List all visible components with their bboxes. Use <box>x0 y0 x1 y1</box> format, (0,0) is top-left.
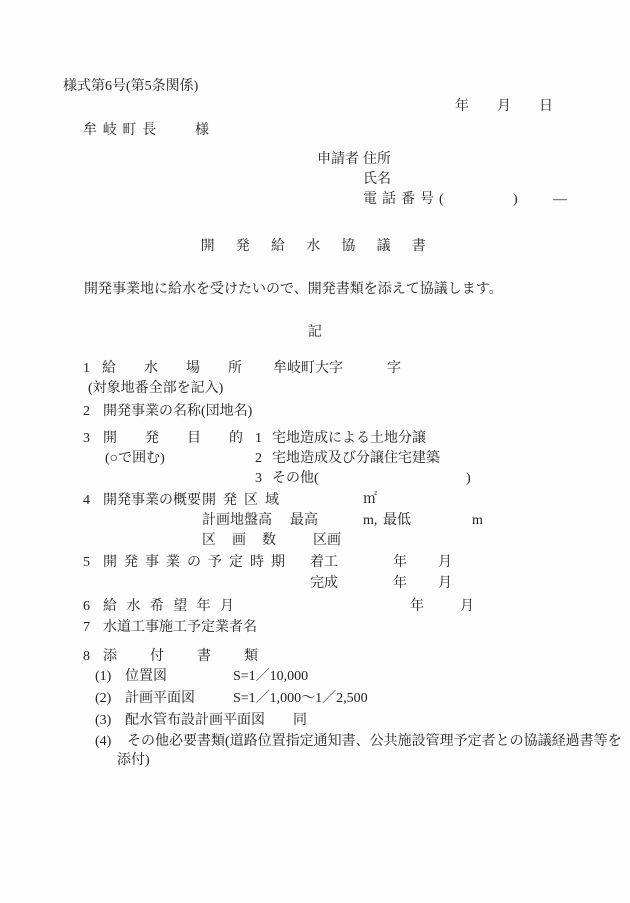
item3-option3-text: その他( <box>272 472 319 486</box>
item8-doc3-name: 配水管布設計画平面図 <box>125 714 265 728</box>
item8-doc1-scale: S=1／10,000 <box>233 670 308 684</box>
item4-lots-label: 区 画 数 <box>202 534 281 548</box>
item3-instruction: (○で囲む) <box>105 452 165 466</box>
item1-number: 1 <box>83 362 90 376</box>
item4-ground-max-label: 最高 <box>290 514 318 528</box>
item4-lots-unit: 区画 <box>313 534 341 548</box>
item3-option2-number: 2 <box>255 452 262 466</box>
item8-label: 添 付 書 類 <box>103 650 268 664</box>
item8-doc2-number: (2) <box>95 692 111 706</box>
applicant-name-label: 氏名 <box>363 173 391 187</box>
item6-month: 月 <box>460 600 474 614</box>
item1-value-suffix: 字 <box>387 362 401 376</box>
addressee-name: 牟岐町長 <box>83 124 162 138</box>
item5-end-month: 月 <box>438 577 452 591</box>
record-heading: 記 <box>0 326 630 340</box>
item3-option3-close-paren: ) <box>466 472 471 486</box>
phone-dash: ― <box>553 193 567 207</box>
item5-number: 5 <box>83 556 90 570</box>
item5-start-year: 年 <box>393 556 407 570</box>
phone-close-paren: ) <box>513 193 518 207</box>
opening-statement: 開発事業地に給水を受けたいので、開発書類を添えて協議します。 <box>84 283 503 297</box>
item8-doc1-name: 位置図 <box>125 670 167 684</box>
applicant-label: 申請者 <box>317 153 359 167</box>
item4-label: 開発事業の概要 <box>103 494 201 508</box>
item5-end-label: 完成 <box>310 577 338 591</box>
form-number: 様式第6号(第5条関係) <box>63 80 198 94</box>
item3-option2-text: 宅地造成及び分譲住宅建築 <box>272 452 440 466</box>
item3-label: 開 発 目 的 <box>103 432 250 446</box>
item5-end-year: 年 <box>393 577 407 591</box>
addressee-honorific: 様 <box>195 124 209 138</box>
item8-doc4-continuation: 添付) <box>117 754 150 768</box>
item8-doc3-number: (3) <box>95 714 111 728</box>
item3-option1-text: 宅地造成による土地分譲 <box>272 432 426 446</box>
item4-ground-label: 計画地盤高 <box>202 514 272 528</box>
item2-number: 2 <box>83 405 90 419</box>
item8-doc2-name: 計画平面図 <box>125 692 195 706</box>
item8-doc1-number: (1) <box>95 670 111 684</box>
item6-label: 給 水 希 望 年 月 <box>103 600 235 614</box>
item1-label: 給 水 場 所 <box>102 362 249 376</box>
item8-doc4-number: (4) <box>95 735 111 749</box>
item1-value-prefix: 牟岐町大字 <box>273 362 343 376</box>
item7-label: 水道工事施工予定業者名 <box>103 621 257 635</box>
document-title: 開 発 給 水 協 議 書 <box>0 240 630 254</box>
applicant-address-label: 住所 <box>363 153 391 167</box>
item8-number: 8 <box>83 650 90 664</box>
item4-area-unit: ㎡ <box>363 493 377 507</box>
item4-ground-min-unit: m <box>472 514 483 528</box>
item4-ground-min-label: 最低 <box>383 514 411 528</box>
item7-number: 7 <box>83 621 90 635</box>
phone-label: 電話番号( <box>363 193 449 207</box>
item4-area-label: 開 発 区 域 <box>202 494 279 508</box>
item4-ground-max-unit: m, <box>363 514 377 528</box>
item8-doc3-scale: 同 <box>293 714 307 728</box>
item4-number: 4 <box>83 494 90 508</box>
item2-label: 開発事業の名称(団地名) <box>103 405 252 419</box>
item3-number: 3 <box>83 432 90 446</box>
item1-note: (対象地番全部を記入) <box>88 382 223 396</box>
item5-start-month: 月 <box>438 556 452 570</box>
item3-option3-number: 3 <box>255 472 262 486</box>
item8-doc2-scale: S=1／1,000〜1／2,500 <box>233 692 368 706</box>
item5-start-label: 着工 <box>310 556 338 570</box>
document-page: 様式第6号(第5条関係) 年 月 日 牟岐町長 様 申請者 住所 氏名 電話番号… <box>0 0 630 903</box>
date-line: 年 月 日 <box>455 100 553 114</box>
item5-label: 開 発 事 業 の 予 定 時 期 <box>103 556 285 570</box>
item6-number: 6 <box>83 600 90 614</box>
item6-year: 年 <box>410 600 424 614</box>
item3-option1-number: 1 <box>255 432 262 446</box>
item8-doc4-name: その他必要書類(道路位置指定通知書、公共施設管理予定者との協議経過書等を <box>127 735 622 749</box>
